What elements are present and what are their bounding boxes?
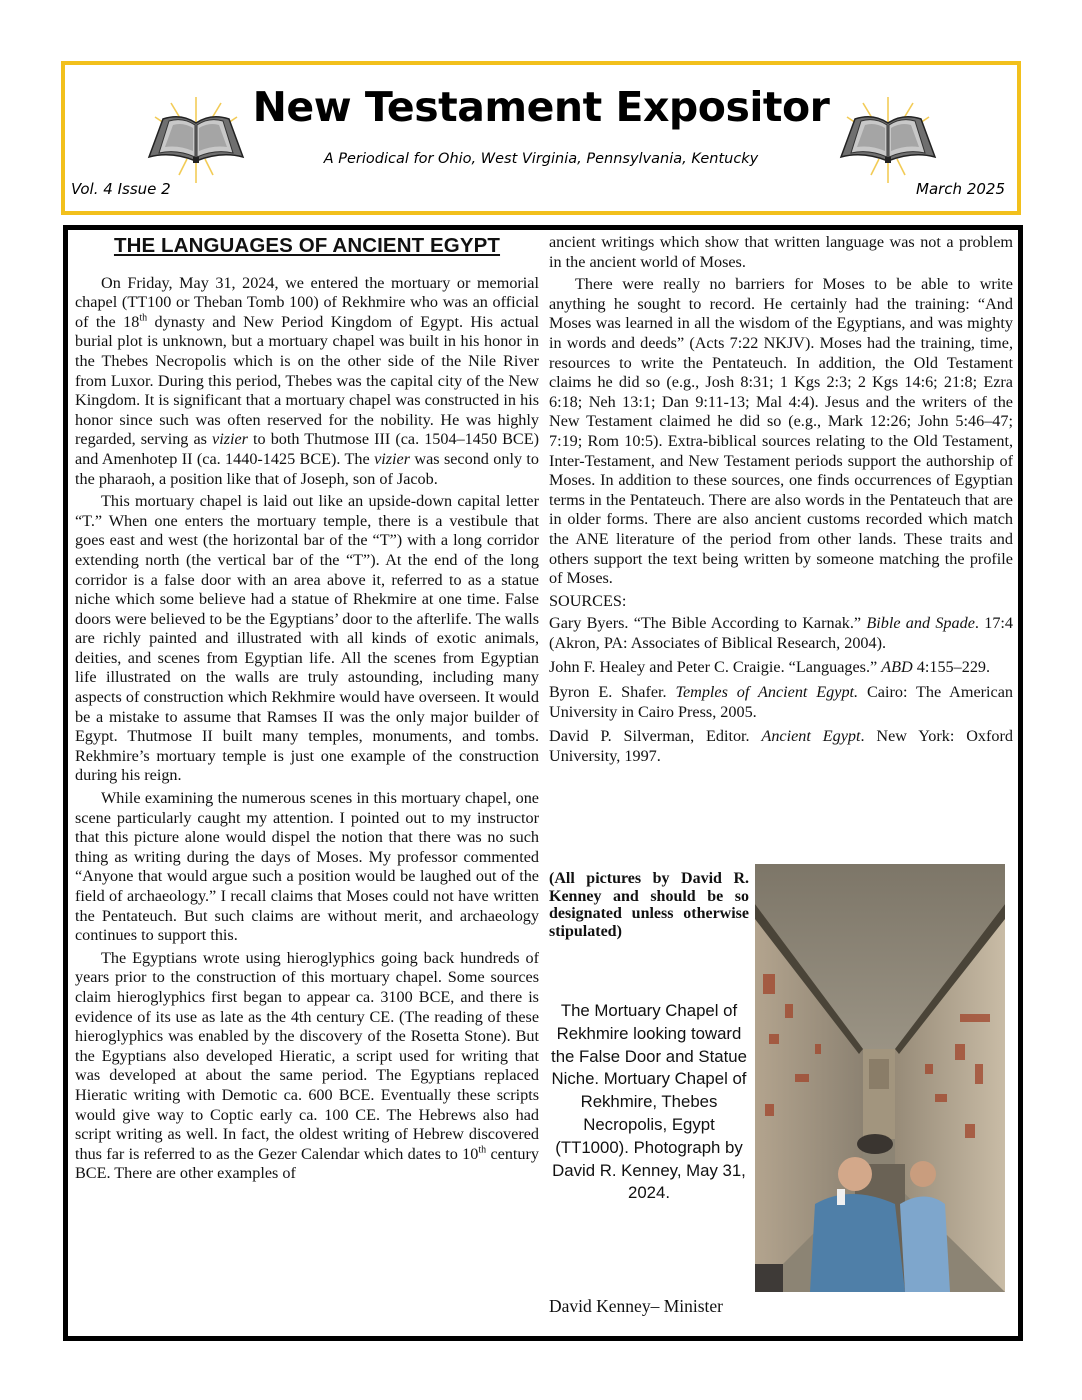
paragraph: The Egyptians wrote using hieroglyphics … <box>75 949 539 1184</box>
paragraph: There were really no barriers for Moses … <box>549 275 1013 589</box>
source-entry: John F. Healey and Peter C. Craigie. “La… <box>549 658 1013 678</box>
paragraph: This mortuary chapel is laid out like an… <box>75 492 539 786</box>
article-title: THE LANGUAGES OF ANCIENT EGYPT <box>75 236 539 256</box>
source-entry: David P. Silverman, Editor. Ancient Egyp… <box>549 727 1013 766</box>
article-box: THE LANGUAGES OF ANCIENT EGYPT On Friday… <box>63 225 1023 1341</box>
paragraph-continued: ancient writings which show that written… <box>549 233 1013 272</box>
paragraph: On Friday, May 31, 2024, we entered the … <box>75 274 539 490</box>
source-entry: Byron E. Shafer. Temples of Ancient Egyp… <box>549 683 1013 722</box>
article-column-right: ancient writings which show that written… <box>549 233 1013 771</box>
open-bible-icon <box>833 95 943 185</box>
photo-credit: (All pictures by David R. Kenney and sho… <box>549 870 749 940</box>
photo-illustration <box>755 864 1005 1292</box>
sources-heading: SOURCES: <box>549 592 1013 612</box>
author-signature: David Kenney– Minister <box>549 1296 723 1317</box>
masthead: New Testament Expositor A Periodical for… <box>61 61 1021 215</box>
chapel-corridor-photo <box>755 864 1005 1292</box>
photo-caption: The Mortuary Chapel of Rekhmire looking … <box>549 1000 749 1205</box>
source-entry: Gary Byers. “The Bible According to Karn… <box>549 614 1013 653</box>
paragraph: While examining the numerous scenes in t… <box>75 789 539 946</box>
issue-volume: Vol. 4 Issue 2 <box>71 180 171 198</box>
article-column-left: THE LANGUAGES OF ANCIENT EGYPT On Friday… <box>75 230 539 1187</box>
